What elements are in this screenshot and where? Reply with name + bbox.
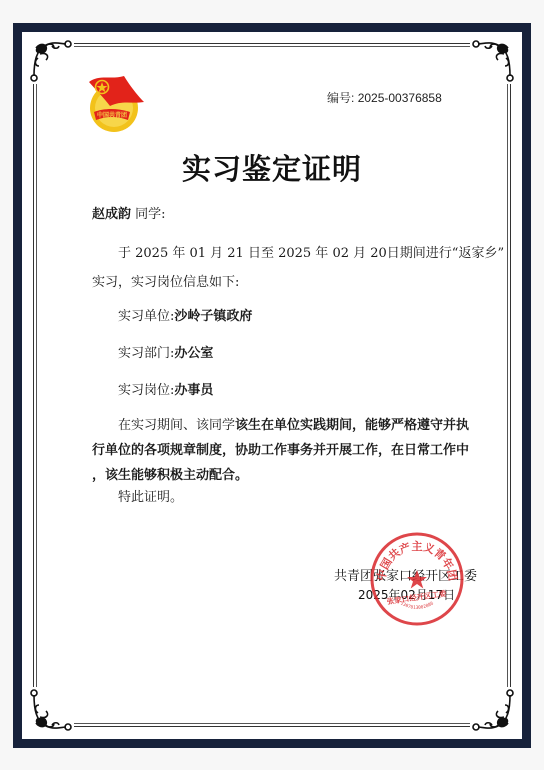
- evaluation-line-2: 行单位的各项规章制度，协助工作事务并开展工作，在日常工作中: [92, 443, 469, 459]
- youth-league-emblem-icon: 中国共青团: [84, 70, 150, 136]
- intro-line-1: 于 2025 年 01 月 21 日至 2025 年 02 月 20日期间进行“…: [118, 246, 504, 262]
- info-label: 实习单位:: [118, 309, 174, 324]
- corner-ornament-icon: [470, 687, 518, 735]
- corner-ornament-icon: [26, 687, 74, 735]
- serial-number: 编号: 2025-00376858: [327, 89, 442, 106]
- recipient-suffix: 同学:: [131, 207, 166, 222]
- official-seal-icon: 中国共产主义青年团 张家口经开区工委 1307013002886: [368, 530, 466, 628]
- greeting: 赵成韵 同学:: [92, 207, 166, 223]
- recipient-name: 赵成韵: [92, 207, 131, 222]
- info-value: 办公室: [174, 346, 213, 361]
- corner-ornament-icon: [470, 36, 518, 84]
- certificate-paper: [22, 32, 522, 739]
- info-row-position: 实习岗位:办事员: [118, 383, 213, 399]
- info-value: 沙岭子镇政府: [174, 309, 252, 324]
- closing-statement: 特此证明。: [118, 490, 183, 506]
- info-value: 办事员: [174, 383, 213, 398]
- info-label: 实习部门:: [118, 346, 174, 361]
- serial-label: 编号:: [327, 91, 354, 105]
- evaluation-text: 该生在单位实践期间，能够严格遵守并执: [235, 418, 469, 433]
- page-title: 实习鉴定证明: [0, 147, 544, 188]
- svg-text:中国共青团: 中国共青团: [97, 111, 127, 119]
- info-row-unit: 实习单位:沙岭子镇政府: [118, 309, 252, 325]
- serial-value: 2025-00376858: [358, 91, 442, 105]
- svg-text:张家口经开区工委: 张家口经开区工委: [386, 588, 447, 606]
- intro-line-2: 实习，实习岗位信息如下:: [92, 275, 239, 291]
- evaluation-prefix: 在实习期间、该同学: [118, 418, 235, 433]
- info-row-department: 实习部门:办公室: [118, 346, 213, 362]
- evaluation-line-3: ，该生能够积极主动配合。: [92, 468, 248, 484]
- info-label: 实习岗位:: [118, 383, 174, 398]
- evaluation-line-1: 在实习期间、该同学该生在单位实践期间，能够严格遵守并执: [118, 418, 469, 434]
- corner-ornament-icon: [26, 36, 74, 84]
